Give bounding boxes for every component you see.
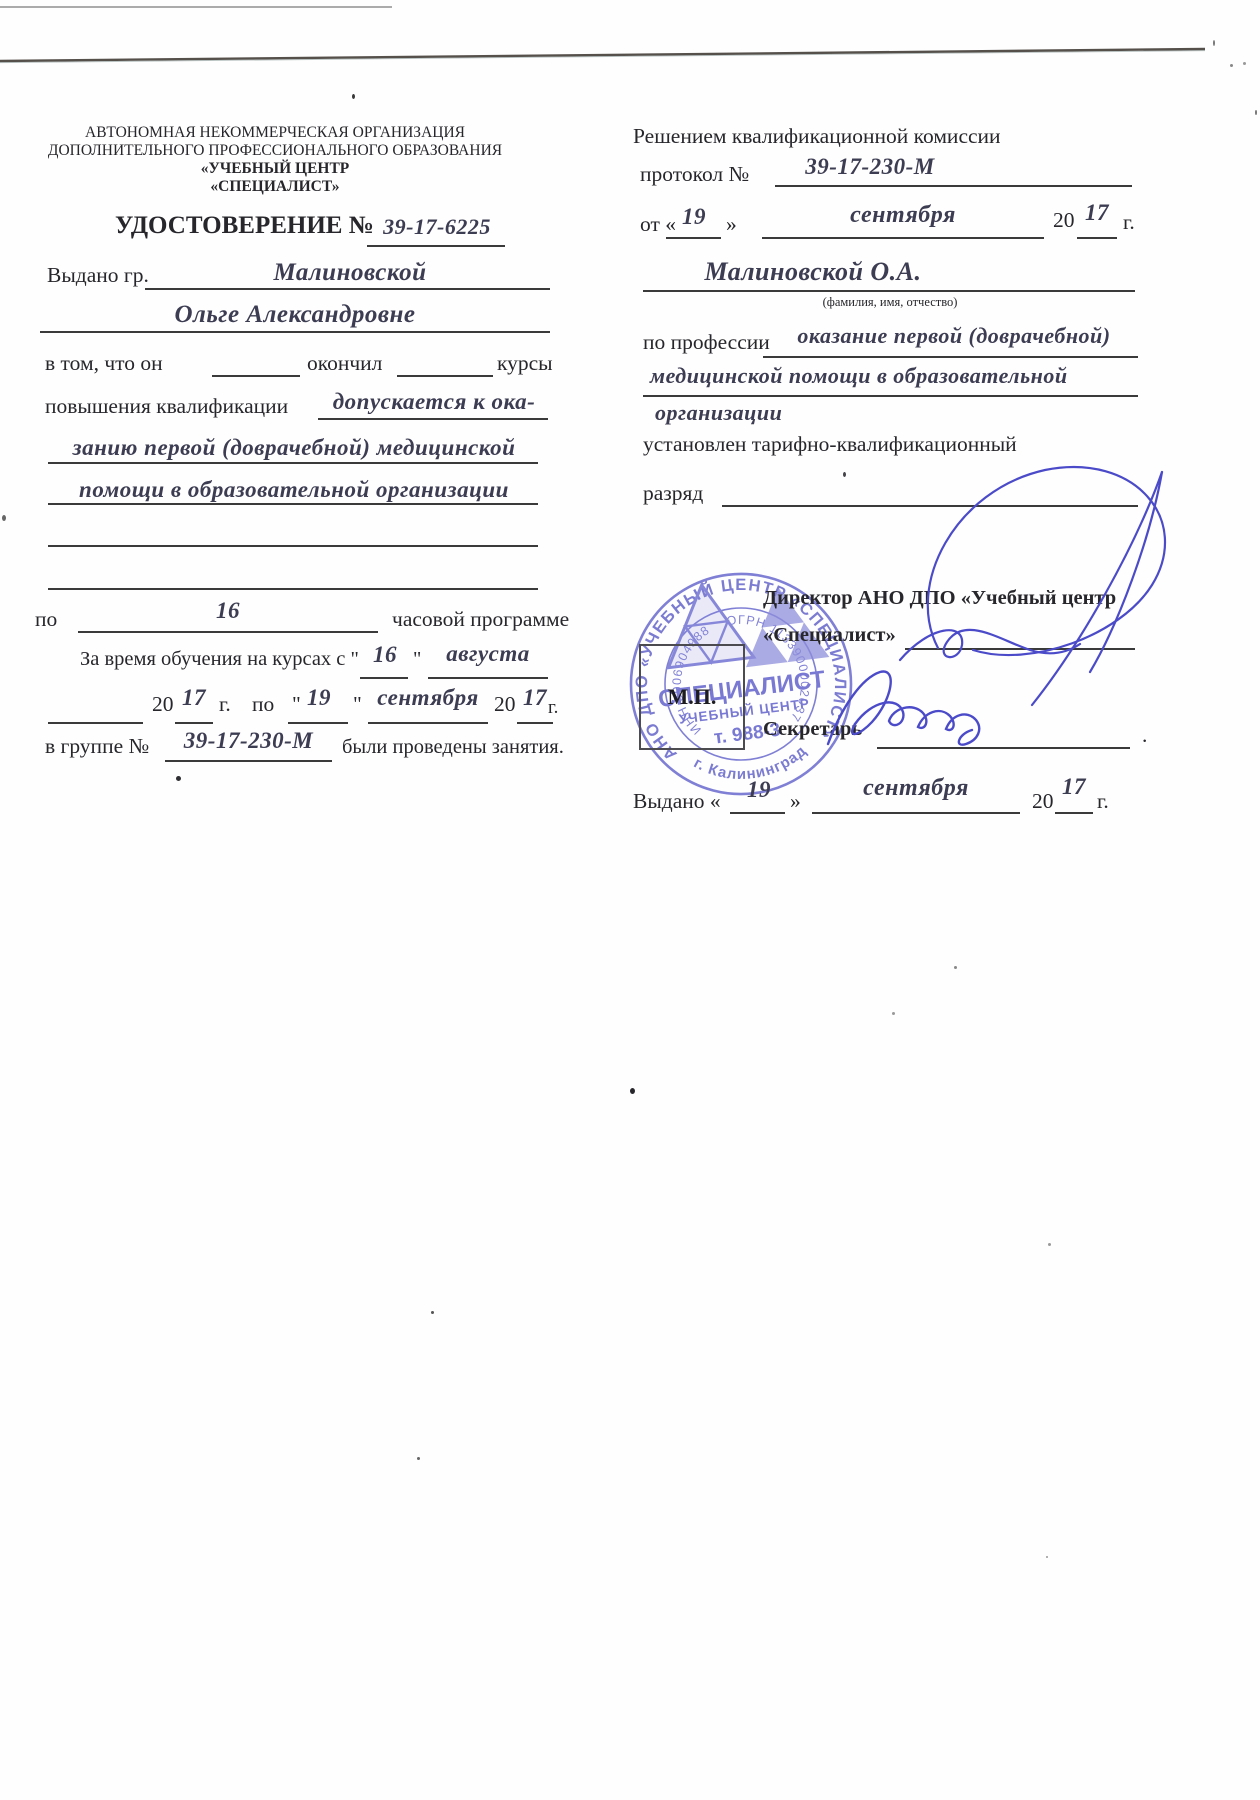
scan-speck (1230, 64, 1233, 67)
start-year-value: 17 (176, 686, 212, 710)
scan-speck (892, 1012, 895, 1015)
holder-name-patronymic: Ольге Александровне (40, 302, 550, 328)
scan-edge-line-top (0, 6, 392, 8)
org-name-line3: «УЧЕБНЫЙ ЦЕНТР (40, 160, 510, 178)
year-prefix-1: 20 (152, 693, 174, 716)
start-day-value: 16 (362, 643, 408, 667)
underline-start-day (360, 677, 408, 679)
fio-hint: (фамилия, имя, отчество) (700, 296, 1080, 310)
g-label-3: г. (1123, 211, 1135, 234)
underline-start-month (428, 677, 548, 679)
mp-seal-box: М.П. (639, 644, 745, 750)
profession-label: по профессии (643, 331, 770, 354)
underline-name (40, 331, 550, 333)
quote-mark-4: " (353, 693, 362, 716)
underline-end-month (368, 722, 488, 724)
underline-empty-1 (48, 545, 538, 547)
finished-label: окончил (307, 352, 382, 375)
group-tail-label: были проведены занятия. (342, 736, 564, 758)
scanned-certificate-page: АВТОНОМНАЯ НЕКОММЕРЧЕСКАЯ ОРГАНИЗАЦИЯ ДО… (0, 0, 1260, 1800)
scan-speck (417, 1457, 420, 1460)
mp-label: М.П. (668, 684, 717, 710)
po-label: по (35, 608, 57, 631)
underline-issued-month (812, 812, 1020, 814)
po2-label: по (252, 693, 274, 716)
profession-fill-1: оказание первой (доврачебной) (770, 324, 1138, 347)
underline-protocol-day (666, 237, 721, 239)
underline-start-year (175, 722, 213, 724)
underline-empty-2 (48, 588, 538, 590)
hours-value: 16 (78, 599, 378, 623)
underline-group (165, 760, 332, 762)
group-number: 39-17-230-М (165, 729, 332, 753)
certificate-title: УДОСТОВЕРЕНИЕ № (115, 212, 374, 239)
director-title-line2: «Специалист» (763, 624, 896, 646)
close-quote-2: » (790, 790, 801, 813)
org-name-line1: АВТОНОМНАЯ НЕКОММЕРЧЕСКАЯ ОРГАНИЗАЦИЯ (40, 124, 510, 142)
scan-speck (176, 776, 181, 781)
scan-speck (2, 515, 6, 521)
advancement-label: повышения квалификации (45, 395, 288, 418)
protocol-label: протокол № (640, 163, 749, 186)
start-month-value: августа (428, 642, 548, 666)
underline-profession-1 (763, 356, 1138, 358)
end-month-value: сентября (368, 686, 488, 710)
issued-day: 19 (733, 778, 785, 802)
scan-speck (1243, 62, 1246, 65)
protocol-month: сентября (762, 203, 1044, 228)
organization-header: АВТОНОМНАЯ НЕКОММЕРЧЕСКАЯ ОРГАНИЗАЦИЯ ДО… (40, 124, 510, 196)
scan-speck (431, 1311, 434, 1314)
scan-speck (352, 94, 355, 99)
underline-surname (145, 288, 550, 290)
scan-speck (1046, 1556, 1048, 1558)
course-fill-line3: помощи в образовательной организации (48, 478, 540, 502)
underline-hours (78, 631, 378, 633)
protocol-number: 39-17-230-М (790, 155, 950, 179)
issued-year-prefix: 20 (1032, 790, 1054, 813)
underline-protocol (775, 185, 1132, 187)
profession-fill-3: организации (655, 401, 782, 424)
scan-fold-line (0, 40, 1260, 70)
scan-speck (1213, 40, 1215, 46)
protocol-year-prefix: 20 (1053, 209, 1075, 232)
scan-speck (843, 472, 846, 477)
group-label: в группе № (45, 735, 149, 758)
secretary-signature (810, 655, 1010, 760)
g-label-4: г. (1097, 790, 1109, 813)
courses-label: курсы (497, 352, 553, 375)
protocol-year: 17 (1078, 201, 1116, 225)
underline-course-2 (48, 462, 538, 464)
underline-end-day (288, 722, 348, 724)
commission-heading: Решением квалификационной комиссии (633, 125, 1001, 148)
issued-date-label: Выдано « (633, 790, 721, 813)
protocol-day: 19 (668, 205, 720, 229)
underline-certificate-number (367, 245, 505, 247)
holder-surname: Малиновской (150, 260, 550, 286)
scan-speck (954, 966, 957, 969)
end-year-value: 17 (518, 686, 552, 710)
underline-blank-2 (397, 375, 493, 377)
razryad-label: разряд (643, 482, 703, 505)
underline-course-3 (48, 503, 538, 505)
fio-value: Малиновской О.А. (643, 258, 983, 285)
end-day-value: 19 (290, 686, 348, 710)
g-label-1: г. (219, 693, 231, 716)
g-label-2: г. (548, 698, 558, 719)
org-name-line2: ДОПОЛНИТЕЛЬНОГО ПРОФЕССИОНАЛЬНОГО ОБРАЗО… (40, 142, 510, 160)
issued-to-label: Выдано гр. (47, 264, 149, 287)
underline-fio (643, 290, 1135, 292)
scan-speck (1255, 110, 1257, 115)
underline-issued-day (730, 812, 785, 814)
course-fill-line1: допускается к ока- (318, 390, 550, 414)
scan-speck (1048, 1243, 1051, 1246)
org-name-line4: «СПЕЦИАЛИСТ» (40, 178, 510, 196)
underline-end-year (517, 722, 553, 724)
scan-speck (630, 1088, 635, 1094)
underline-blank-1 (212, 375, 300, 377)
profession-fill-2: медицинской помощи в образовательной (650, 364, 1068, 387)
that-he-label: в том, что он (45, 352, 163, 375)
underline-protocol-year (1077, 237, 1117, 239)
certificate-number: 39-17-6225 (368, 215, 506, 238)
year-prefix-2: 20 (494, 693, 516, 716)
underline-profession-2 (643, 395, 1138, 397)
issued-year: 17 (1056, 775, 1092, 799)
underline-protocol-month (762, 237, 1044, 239)
training-period-label: За время обучения на курсах с " (80, 648, 359, 670)
close-quote-1: » (726, 213, 737, 236)
issued-month: сентября (812, 776, 1020, 801)
course-fill-line2: занию первой (доврачебной) медицинской (48, 436, 540, 460)
hour-program-label: часовой программе (392, 608, 569, 631)
underline-issued-year (1055, 812, 1093, 814)
underline-blank-3 (48, 722, 143, 724)
underline-course-1 (318, 418, 548, 420)
quote-mark-2: " (413, 648, 421, 670)
